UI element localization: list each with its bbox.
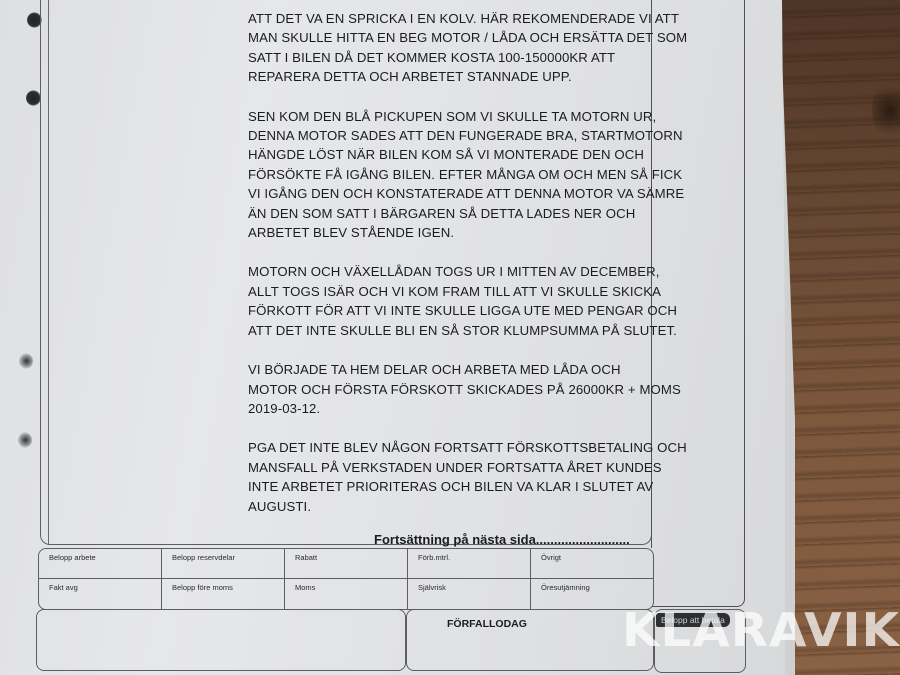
field-moms: Moms — [285, 579, 408, 609]
text-line: SATT I BILEN DÅ DET KOMMER KOSTA 100-150… — [248, 48, 708, 67]
field-rabatt: Rabatt — [285, 549, 408, 579]
text-line: SEN KOM DEN BLÅ PICKUPEN SOM VI SKULLE T… — [248, 107, 708, 126]
field-fakt-avg: Fakt avg — [39, 579, 162, 609]
text-line: ARBETET BLEV STÅENDE IGEN. — [248, 223, 708, 242]
punch-hole — [17, 353, 33, 369]
text-line: INTE ARBETET PRIORITERAS OCH BILEN VA KL… — [248, 477, 708, 496]
paragraph-3: MOTORN OCH VÄXELLÅDAN TOGS UR I MITTEN A… — [248, 262, 708, 340]
text-line: 2019-03-12. — [248, 399, 708, 418]
text-line: ÄN DEN SOM SATT I BÄRGAREN SÅ DETTA LADE… — [248, 204, 708, 223]
field-ovrigt: Övrigt — [531, 549, 653, 579]
text-line: REPARERA DETTA OCH ARBETET STANNADE UPP. — [248, 67, 708, 86]
notes-box — [36, 609, 406, 671]
paragraph-2: SEN KOM DEN BLÅ PICKUPEN SOM VI SKULLE T… — [248, 107, 708, 243]
text-line: DENNA MOTOR SADES ATT DEN FUNGERADE BRA,… — [248, 126, 708, 145]
punch-hole — [16, 432, 32, 448]
field-belopp-fore-moms: Belopp före moms — [162, 579, 285, 609]
due-date-label: FÖRFALLODAG — [447, 618, 527, 630]
text-line: VI IGÅNG DEN OCH KONSTATERADE ATT DENNA … — [248, 184, 708, 203]
paragraph-4: VI BÖRJADE TA HEM DELAR OCH ARBETA MED L… — [248, 360, 708, 418]
work-description: ATT DET VA EN SPRICKA I EN KOLV. HÄR REK… — [248, 9, 708, 536]
text-line: VI BÖRJADE TA HEM DELAR OCH ARBETA MED L… — [248, 360, 708, 379]
text-line: MOTORN OCH VÄXELLÅDAN TOGS UR I MITTEN A… — [248, 262, 708, 281]
invoice-page: ATT DET VA EN SPRICKA I EN KOLV. HÄR REK… — [0, 0, 785, 675]
text-line: MANSFALL PÅ VERKSTADEN UNDER FORTSATTA Å… — [248, 458, 708, 477]
text-line: PGA DET INTE BLEV NÅGON FORTSATT FÖRSKOT… — [248, 438, 708, 457]
text-line: AUGUSTI. — [248, 497, 708, 516]
text-line: ATT DET INTE SKULLE BLI EN SÅ STOR KLUMP… — [248, 321, 708, 340]
text-line: ATT DET VA EN SPRICKA I EN KOLV. HÄR REK… — [248, 9, 708, 28]
wood-knot — [872, 80, 900, 140]
field-belopp-arbete: Belopp arbete — [39, 549, 162, 579]
field-belopp-reservdelar: Belopp reservdelar — [162, 549, 285, 579]
text-line: FÖRKOTT FÖR ATT VI INTE SKULLE LIGGA UTE… — [248, 301, 708, 320]
field-sjalvrisk: Självrisk — [408, 579, 531, 609]
field-forb-mtrl: Förb.mtrl. — [408, 549, 531, 579]
text-line: FÖRSÖKTE FÅ IGÅNG BILEN. EFTER MÅNGA OM … — [248, 165, 708, 184]
paragraph-1: ATT DET VA EN SPRICKA I EN KOLV. HÄR REK… — [248, 9, 708, 87]
invoice-totals-grid: Belopp arbete Belopp reservdelar Rabatt … — [38, 548, 654, 610]
text-line: ALLT TOGS ISÄR OCH VI KOM FRAM TILL ATT … — [248, 282, 708, 301]
text-line: HÄNGDE LÖST NÄR BILEN KOM SÅ VI MONTERAD… — [248, 145, 708, 164]
text-line: MOTOR OCH FÖRSTA FÖRSKOTT SKICKADES PÅ 2… — [248, 380, 708, 399]
watermark-logo: KLARAVIK — [622, 603, 900, 657]
text-line: MAN SKULLE HITTA EN BEG MOTOR / LÅDA OCH… — [248, 28, 708, 47]
continuation-note: Fortsättning på nästa sida..............… — [374, 532, 630, 547]
paragraph-5: PGA DET INTE BLEV NÅGON FORTSATT FÖRSKOT… — [248, 438, 708, 516]
due-date-box: FÖRFALLODAG — [406, 609, 654, 671]
